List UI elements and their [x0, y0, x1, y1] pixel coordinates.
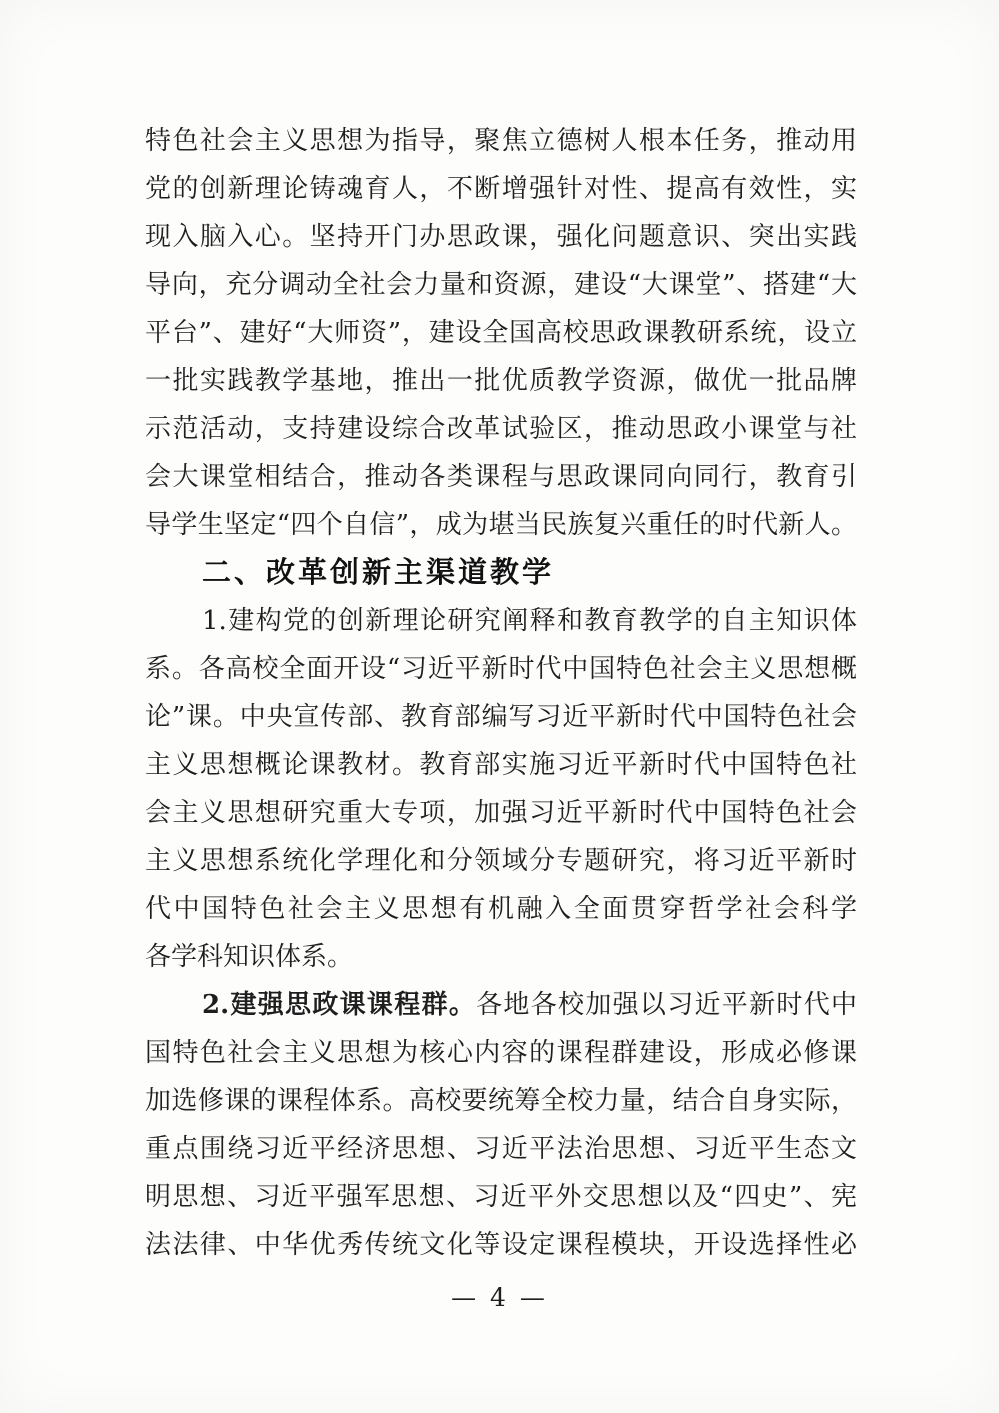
text-segment: 1.建构党的创新理论研究阐释和教育教学的自主知识体	[202, 606, 857, 636]
text-line: 法法律、中华优秀传统文化等设定课程模块，开设选择性必	[145, 1221, 857, 1269]
text-line: 会主义思想研究重大专项，加强习近平新时代中国特色社会	[145, 789, 857, 837]
text-line: 加选修课的课程体系。高校要统筹全校力量，结合自身实际，	[145, 1077, 857, 1125]
text-segment: 导向，充分调动全社会力量和资源，建设“大课堂”、搭建“大	[145, 270, 857, 300]
text-segment: 国特色社会主义思想为核心内容的课程群建设，形成必修课	[145, 1038, 857, 1068]
text-line: 导向，充分调动全社会力量和资源，建设“大课堂”、搭建“大	[145, 261, 857, 309]
text-segment: 各地各校加强以习近平新时代中	[476, 990, 857, 1020]
text-segment: 会大课堂相结合，推动各类课程与思政课同向同行，教育引	[145, 462, 857, 492]
text-line: 重点围绕习近平经济思想、习近平法治思想、习近平生态文	[145, 1125, 857, 1173]
text-line: 会大课堂相结合，推动各类课程与思政课同向同行，教育引	[145, 453, 857, 501]
text-line: 导学生坚定“四个自信”，成为堪当民族复兴重任的时代新人。	[145, 501, 857, 549]
text-line: 现入脑入心。坚持开门办思政课，强化问题意识、突出实践	[145, 213, 857, 261]
text-segment: 党的创新理论铸魂育人，不断增强针对性、提高有效性，实	[145, 174, 857, 204]
document-page: 特色社会主义思想为指导，聚焦立德树人根本任务，推动用党的创新理论铸魂育人，不断增…	[0, 0, 999, 1413]
text-segment: 二、改革创新主渠道教学	[202, 557, 554, 589]
section-heading: 二、改革创新主渠道教学	[145, 549, 857, 597]
text-segment: 各学科知识体系。	[145, 942, 353, 972]
text-segment: 系。各高校全面开设“习近平新时代中国特色社会主义思想概	[145, 654, 857, 684]
text-segment: 论”课。中央宣传部、教育部编写习近平新时代中国特色社会	[145, 702, 857, 732]
text-segment: 代中国特色社会主义思想有机融入全面贯穿哲学社会科学	[145, 894, 857, 924]
text-segment: 特色社会主义思想为指导，聚焦立德树人根本任务，推动用	[145, 126, 857, 156]
text-line: 1.建构党的创新理论研究阐释和教育教学的自主知识体	[145, 597, 857, 645]
text-segment: 主义思想系统化学理化和分领域分专题研究，将习近平新时	[145, 846, 857, 876]
text-segment: 一批实践教学基地，推出一批优质教学资源，做优一批品牌	[145, 366, 857, 396]
text-segment: 明思想、习近平强军思想、习近平外交思想以及“四史”、宪	[145, 1182, 857, 1212]
text-segment: 示范活动，支持建设综合改革试验区，推动思政小课堂与社	[145, 414, 857, 444]
text-segment: 加选修课的课程体系。高校要统筹全校力量，结合自身实际，	[145, 1086, 857, 1116]
text-line: 2.建强思政课课程群。各地各校加强以习近平新时代中	[145, 981, 857, 1029]
bold-lead-phrase: 2.建强思政课课程群。	[202, 990, 476, 1020]
text-line: 平台”、建好“大师资”，建设全国高校思政课教研系统，设立	[145, 309, 857, 357]
text-line: 代中国特色社会主义思想有机融入全面贯穿哲学社会科学	[145, 885, 857, 933]
text-segment: 会主义思想研究重大专项，加强习近平新时代中国特色社会	[145, 798, 857, 828]
text-line: 系。各高校全面开设“习近平新时代中国特色社会主义思想概	[145, 645, 857, 693]
text-line: 主义思想系统化学理化和分领域分专题研究，将习近平新时	[145, 837, 857, 885]
text-line: 论”课。中央宣传部、教育部编写习近平新时代中国特色社会	[145, 693, 857, 741]
text-line: 特色社会主义思想为指导，聚焦立德树人根本任务，推动用	[145, 117, 857, 165]
text-line: 国特色社会主义思想为核心内容的课程群建设，形成必修课	[145, 1029, 857, 1077]
text-line: 明思想、习近平强军思想、习近平外交思想以及“四史”、宪	[145, 1173, 857, 1221]
text-line: 示范活动，支持建设综合改革试验区，推动思政小课堂与社	[145, 405, 857, 453]
text-segment: 平台”、建好“大师资”，建设全国高校思政课教研系统，设立	[145, 318, 857, 348]
text-line: 各学科知识体系。	[145, 933, 857, 981]
text-line: 一批实践教学基地，推出一批优质教学资源，做优一批品牌	[145, 357, 857, 405]
text-line: 党的创新理论铸魂育人，不断增强针对性、提高有效性，实	[145, 165, 857, 213]
text-line: 主义思想概论课教材。教育部实施习近平新时代中国特色社	[145, 741, 857, 789]
text-segment: 法法律、中华优秀传统文化等设定课程模块，开设选择性必	[145, 1230, 857, 1260]
text-segment: 主义思想概论课教材。教育部实施习近平新时代中国特色社	[145, 750, 857, 780]
text-segment: 现入脑入心。坚持开门办思政课，强化问题意识、突出实践	[145, 222, 857, 252]
page-number: — 4 —	[0, 1274, 999, 1322]
document-body: 特色社会主义思想为指导，聚焦立德树人根本任务，推动用党的创新理论铸魂育人，不断增…	[145, 117, 857, 1269]
text-segment: 重点围绕习近平经济思想、习近平法治思想、习近平生态文	[145, 1134, 857, 1164]
text-segment: 导学生坚定“四个自信”，成为堪当民族复兴重任的时代新人。	[145, 510, 857, 540]
